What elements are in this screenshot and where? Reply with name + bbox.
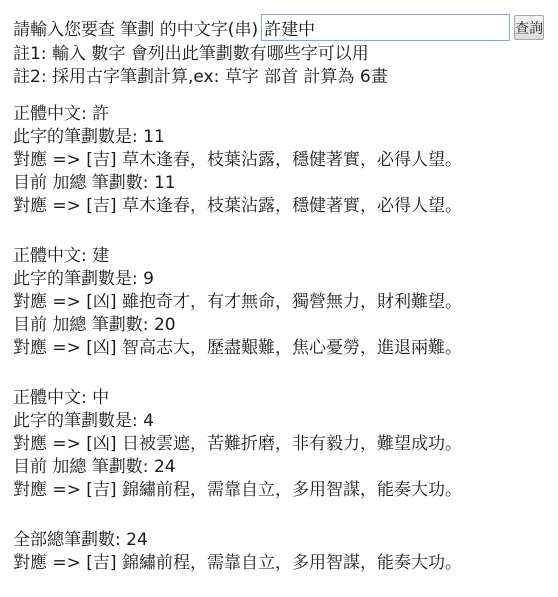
character-line: 正體中文: 許 (13, 103, 558, 126)
total-stroke-line: 全部總筆劃數: 24 (13, 529, 558, 552)
note-1: 註1: 輸入 數字 會列出此筆劃數有哪些字可以用 (13, 43, 558, 66)
cumulative-fortune-line: 對應 => [凶] 智高志大，歷盡艱難，焦心憂勞，進退兩難。 (13, 337, 558, 360)
stroke-count-line: 此字的筆劃數是: 4 (13, 410, 558, 433)
character-result-1: 正體中文: 許 此字的筆劃數是: 11 對應 => [吉] 草木逢春，枝葉沾露，… (13, 103, 558, 218)
notes: 註1: 輸入 數字 會列出此筆劃數有哪些字可以用 註2: 採用古字筆劃計算,ex… (13, 43, 558, 89)
cumulative-stroke-line: 目前 加總 筆劃數: 20 (13, 314, 558, 337)
stroke-count-line: 此字的筆劃數是: 11 (13, 126, 558, 149)
character-line: 正體中文: 建 (13, 245, 558, 268)
submit-button[interactable]: 查詢 (514, 15, 544, 40)
blank-line (13, 360, 558, 387)
character-line: 正體中文: 中 (13, 387, 558, 410)
stroke-fortune-line: 對應 => [凶] 雖抱奇才，有才無命，獨營無力，財利難望。 (13, 291, 558, 314)
spacer (13, 89, 558, 103)
blank-line (13, 502, 558, 529)
cumulative-fortune-line: 對應 => [吉] 草木逢春，枝葉沾露，穩健著實，必得人望。 (13, 195, 558, 218)
stroke-query-form: 請輸入您要查 筆劃 的中文字(串) 查詢 (13, 14, 558, 41)
stroke-fortune-line: 對應 => [凶] 日被雲遮，苦難折磨，非有毅力，難望成功。 (13, 433, 558, 456)
total-result: 全部總筆劃數: 24 對應 => [吉] 錦繡前程，需靠自立，多用智謀，能奏大功… (13, 529, 558, 575)
blank-line (13, 218, 558, 245)
character-result-2: 正體中文: 建 此字的筆劃數是: 9 對應 => [凶] 雖抱奇才，有才無命，獨… (13, 245, 558, 360)
note-2: 註2: 採用古字筆劃計算,ex: 草字 部首 計算為 6畫 (13, 66, 558, 89)
page-content: 請輸入您要查 筆劃 的中文字(串) 查詢 註1: 輸入 數字 會列出此筆劃數有哪… (13, 14, 558, 575)
chinese-text-input[interactable] (261, 14, 510, 41)
stroke-count-line: 此字的筆劃數是: 9 (13, 268, 558, 291)
total-fortune-line: 對應 => [吉] 錦繡前程，需靠自立，多用智謀，能奏大功。 (13, 552, 558, 575)
query-label: 請輸入您要查 筆劃 的中文字(串) (13, 15, 258, 40)
cumulative-fortune-line: 對應 => [吉] 錦繡前程，需靠自立，多用智謀，能奏大功。 (13, 479, 558, 502)
cumulative-stroke-line: 目前 加總 筆劃數: 24 (13, 456, 558, 479)
stroke-fortune-line: 對應 => [吉] 草木逢春，枝葉沾露，穩健著實，必得人望。 (13, 149, 558, 172)
cumulative-stroke-line: 目前 加總 筆劃數: 11 (13, 172, 558, 195)
character-result-3: 正體中文: 中 此字的筆劃數是: 4 對應 => [凶] 日被雲遮，苦難折磨，非… (13, 387, 558, 502)
